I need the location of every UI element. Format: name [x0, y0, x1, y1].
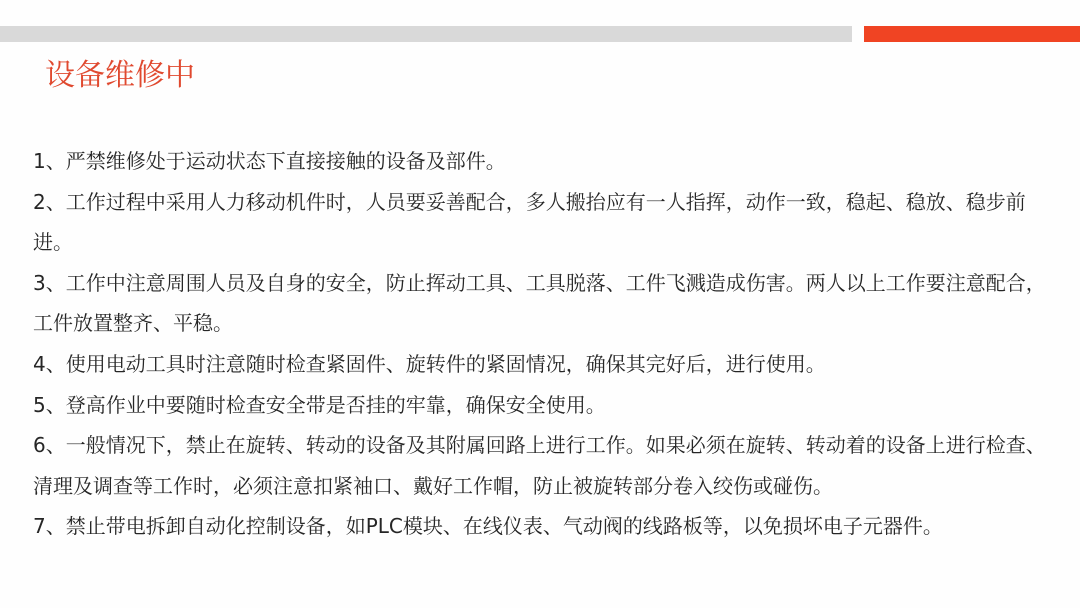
rule-item-7: 7、禁止带电拆卸自动化控制设备，如PLC模块、在线仪表、气动阀的线路板等，以免损… [33, 506, 1063, 547]
rule-item-5: 5、登高作业中要随时检查安全带是否挂的牢靠，确保安全使用。 [33, 385, 1063, 426]
rule-item-2: 2、工作过程中采用人力移动机件时，人员要妥善配合，多人搬抬应有一人指挥，动作一致… [33, 182, 1063, 263]
header-accent-bar [864, 26, 1080, 42]
safety-rules-list: 1、严禁维修处于运动状态下直接接触的设备及部件。 2、工作过程中采用人力移动机件… [33, 141, 1063, 547]
rule-item-6: 6、一般情况下，禁止在旋转、转动的设备及其附属回路上进行工作。如果必须在旋转、转… [33, 425, 1063, 506]
rule-item-3: 3、工作中注意周围人员及自身的安全，防止挥动工具、工具脱落、工件飞溅造成伤害。两… [33, 263, 1063, 344]
rule-item-1: 1、严禁维修处于运动状态下直接接触的设备及部件。 [33, 141, 1063, 182]
slide-title: 设备维修中 [45, 56, 195, 96]
header-gray-bar [0, 26, 852, 42]
rule-item-4: 4、使用电动工具时注意随时检查紧固件、旋转件的紧固情况，确保其完好后，进行使用。 [33, 344, 1063, 385]
